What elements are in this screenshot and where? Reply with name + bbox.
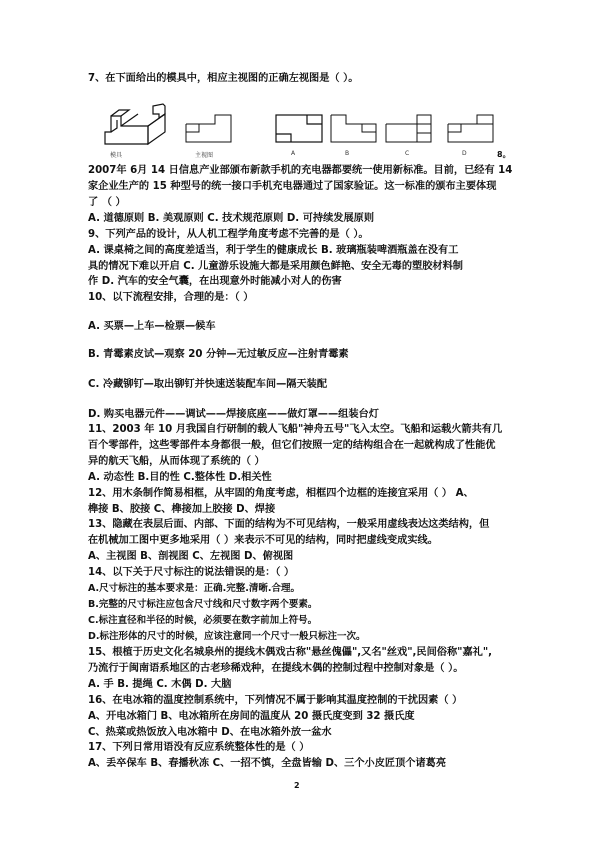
q12-stem: 12、用木条制作简易相框，从牢固的角度考虑，相框四个边框的连接宜采用（ ） A、 [88, 487, 474, 500]
page-number: 2 [294, 781, 300, 790]
q10-option-d: D. 购买电器元件——调试——焊接底座——做灯罩——组装台灯 [88, 408, 379, 421]
option-b-drawing [330, 114, 378, 144]
option-a-drawing [275, 114, 323, 144]
q15-stem-line-1: 15、根植于历史文化名城泉州的提线木偶戏古称"悬丝傀儡",又名"丝戏",民间俗称… [88, 646, 492, 659]
option-c-drawing [385, 114, 433, 144]
q9-stem: 9、下列产品的设计，从人机工程学角度考虑不完善的是（ ）。 [88, 228, 369, 241]
isometric-model-drawing [103, 104, 173, 146]
q11-stem-line-1: 11、2003 年 10 月我国自行研制的载人飞船"神舟五号"飞入太空。飞船和运… [88, 423, 502, 436]
q12-options: 榫接 B、胶接 C、榫接加上胶接 D、焊接 [88, 503, 275, 516]
q10-option-b: B. 青霉素皮试—观察 20 分钟—无过敏反应—注射青霉素 [88, 348, 349, 361]
q8-stem-line-1: 2007年 6月 14 日信息产业部颁布新款手机的充电器都要统一使用新标准。目前… [88, 164, 512, 177]
document-page: 7、在下面给出的模具中，相应主视图的正确左视图是（ ）。 [0, 0, 595, 842]
q7-stem: 7、在下面给出的模具中，相应主视图的正确左视图是（ ）。 [88, 72, 358, 85]
q11-stem-line-2: 百个零部件，这些零部件本身都很一般，但它们按照一定的结构组合在一起就构成了性能优 [88, 439, 496, 452]
q13-stem-line-1: 13、隐藏在表层后面、内部、下面的结构为不可见结构，一般采用虚线表达这类结构，但 [88, 518, 489, 531]
figure-caption-main-view: 主视图 [195, 150, 213, 159]
figure-caption-b: B [345, 150, 349, 157]
main-view-drawing [185, 114, 233, 144]
q10-stem: 10、以下流程安排，合理的是：（ ） [88, 291, 253, 304]
q17-options: A、丢卒保车 B、春播秋冻 C、一招不慎，全盘皆输 D、三个小皮匠顶个诸葛亮 [88, 757, 446, 770]
q13-stem-line-2: 在机械加工图中更多地采用（ ）来表示不可见的结构，同时把虚线变成实线。 [88, 534, 438, 547]
q10-option-a: A. 买票—上车—检票—候车 [88, 320, 216, 333]
option-d-drawing [447, 114, 495, 144]
q9-line-3: 作 D. 汽车的安全气囊，在出现意外时能减小对人的伤害 [88, 275, 342, 288]
q8-number-fragment: 8。 [497, 149, 511, 160]
q16-stem: 16、在电冰箱的温度控制系统中，下列情况不属于影响其温度控制的干扰因素（ ） [88, 694, 462, 707]
q9-line-2: 具的情况下难以开启 C. 儿童游乐设施大都是采用颜色鲜艳、安全无毒的塑胶材料制 [88, 260, 463, 273]
q9-line-1: A. 课桌椅之间的高度差适当，利于学生的健康成长 B. 玻璃瓶装啤酒瓶盖在没有工 [88, 244, 458, 257]
q11-stem-line-3: 异的航天飞船，从而体现了系统的（ ） [88, 455, 265, 468]
q8-stem-line-3: 了 （ ） [88, 196, 126, 209]
q17-stem: 17、下列日常用语没有反应系统整体性的是（ ） [88, 741, 309, 754]
q15-options: A. 手 B. 提绳 C. 木偶 D. 大脑 [88, 678, 231, 691]
figure-caption-d: D [462, 150, 467, 157]
q14-option-a: A.尺寸标注的基本要求是：正确.完整.清晰.合理。 [88, 582, 300, 595]
q14-option-c: C.标注直径和半径的时候，必须要在数字前加上符号。 [88, 614, 317, 627]
q16-option-line-1: A、开电冰箱门 B、电冰箱所在房间的温度从 20 摄氏度变到 32 摄氏度 [88, 710, 415, 723]
q8-options: A. 道德原则 B. 美观原则 C. 技术规范原则 D. 可持续发展原则 [88, 212, 374, 225]
q14-option-b: B.完整的尺寸标注应包含尺寸线和尺寸数字两个要素。 [88, 598, 317, 611]
q13-options: A、主视图 B、剖视图 C、左视图 D、俯视图 [88, 550, 293, 563]
q16-option-line-2: C、热菜或热饭放入电冰箱中 D、在电冰箱外放一盆水 [88, 726, 332, 739]
figure-caption-model: 模具 [110, 150, 122, 159]
q14-stem: 14、以下关于尺寸标注的说法错误的是：（ ） [88, 566, 294, 579]
q10-option-c: C. 冷藏铆钉—取出铆钉并快速送装配车间—隔天装配 [88, 378, 327, 391]
figure-caption-c: C [405, 150, 409, 157]
figure-caption-a: A [291, 150, 295, 157]
q11-options: A. 动态性 B.目的性 C.整体性 D.相关性 [88, 471, 272, 484]
q14-option-d: D.标注形体的尺寸的时候，应该注意同一个尺寸一般只标注一次。 [88, 630, 366, 643]
q15-stem-line-2: 乃流行于闽南语系地区的古老珍稀戏种，在提线木偶的控制过程中控制对象是（ ）。 [88, 662, 463, 675]
q8-stem-line-2: 家企业生产的 15 种型号的统一接口手机充电器通过了国家验证。这一标准的颁布主要… [88, 180, 496, 193]
q7-figure-row [95, 104, 525, 154]
